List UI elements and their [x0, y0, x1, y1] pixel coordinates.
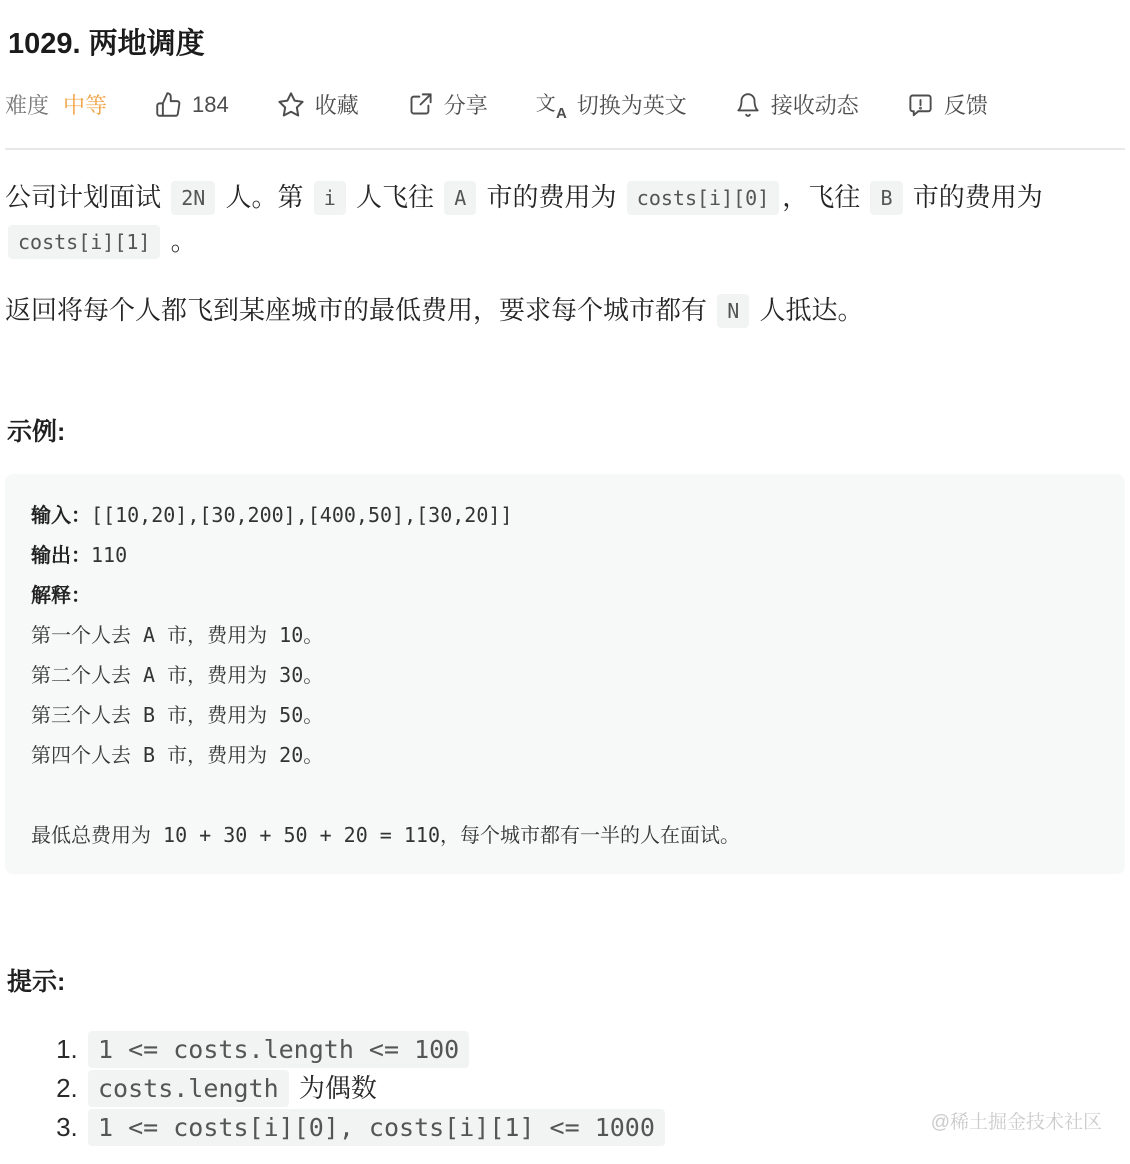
share-button[interactable]: 分享 [407, 89, 488, 120]
thumbs-up-icon [155, 91, 182, 118]
hint-item: costs.length 为偶数 [85, 1069, 1125, 1108]
subscribe-label: 接收动态 [771, 89, 859, 120]
like-button[interactable]: 184 [155, 91, 229, 118]
text-segment: 市的费用为 [906, 182, 1043, 212]
watermark: @稀土掘金技术社区 [931, 1107, 1102, 1134]
switch-language-label: 切换为英文 [577, 89, 687, 120]
code-line: 输入：[[10,20],[30,200],[400,50],[30,20]] [31, 495, 1099, 535]
meta-toolbar: 难度 中等 184 收藏 分享 文A 切换为英文 接收动态 反馈 [5, 89, 1125, 121]
share-icon [407, 91, 434, 118]
hint-item: 1 <= costs.length <= 100 [85, 1030, 1125, 1069]
inline-code: costs[i][1] [8, 225, 160, 259]
description-paragraph-1: 公司计划面试 2N 人。第 i 人飞往 A 市的费用为 costs[i][0]，… [5, 176, 1125, 264]
bell-icon [735, 92, 761, 118]
code-line: 第三个人去 B 市，费用为 50。 [31, 695, 1099, 735]
feedback-bubble-icon [907, 91, 934, 118]
code-line: 第一个人去 A 市，费用为 10。 [31, 615, 1099, 655]
like-count: 184 [192, 92, 229, 118]
code-line: 第二个人去 A 市，费用为 30。 [31, 655, 1099, 695]
star-icon [277, 91, 305, 119]
inline-code: i [314, 181, 346, 215]
text-segment: 人抵达。 [752, 295, 863, 325]
inline-code: costs.length [88, 1070, 289, 1107]
text-segment: 市的费用为 [479, 182, 623, 212]
inline-code: 1 <= costs.length <= 100 [88, 1031, 469, 1068]
example-heading: 示例: [7, 417, 1125, 447]
translate-icon: 文A [536, 90, 567, 120]
text-segment: 返回将每个人都飞到某座城市的最低费用，要求每个城市都有 [5, 295, 714, 325]
feedback-button[interactable]: 反馈 [907, 89, 988, 120]
switch-language-button[interactable]: 文A 切换为英文 [536, 89, 687, 120]
code-line [31, 775, 1099, 815]
difficulty-value: 中等 [63, 89, 107, 120]
page-title: 1029. 两地调度 [8, 27, 1125, 62]
code-line: 输出：110 [31, 535, 1099, 575]
problem-description: 公司计划面试 2N 人。第 i 人飞往 A 市的费用为 costs[i][0]，… [5, 176, 1125, 333]
inline-code: N [717, 294, 749, 328]
inline-code: B [870, 181, 902, 215]
description-paragraph-2: 返回将每个人都飞到某座城市的最低费用，要求每个城市都有 N 人抵达。 [5, 289, 1125, 333]
text-segment: 为偶数 [292, 1073, 377, 1103]
example-code-block: 输入：[[10,20],[30,200],[400,50],[30,20]]输出… [5, 474, 1125, 874]
feedback-label: 反馈 [944, 89, 988, 120]
code-line: 解释： [31, 575, 1099, 615]
inline-code: 2N [171, 181, 215, 215]
problem-page: 1029. 两地调度 难度 中等 184 收藏 分享 文A 切换为英文 接收动态 [0, 27, 1130, 1147]
difficulty: 难度 中等 [5, 89, 107, 120]
text-segment: 。 [163, 226, 196, 256]
text-segment: 人。第 [218, 182, 310, 212]
code-line: 最低总费用为 10 + 30 + 50 + 20 = 110，每个城市都有一半的… [31, 815, 1099, 855]
text-segment: 人飞往 [349, 182, 441, 212]
favorite-label: 收藏 [315, 89, 359, 120]
inline-code: A [444, 181, 476, 215]
inline-code: 1 <= costs[i][0], costs[i][1] <= 1000 [88, 1109, 665, 1146]
inline-code: costs[i][0] [627, 181, 779, 215]
divider [5, 148, 1125, 150]
difficulty-label: 难度 [5, 89, 49, 120]
subscribe-button[interactable]: 接收动态 [735, 89, 859, 120]
hints-heading: 提示: [7, 967, 1125, 997]
share-label: 分享 [444, 89, 488, 120]
code-line: 第四个人去 B 市，费用为 20。 [31, 735, 1099, 775]
text-segment: ，飞往 [782, 182, 867, 212]
favorite-button[interactable]: 收藏 [277, 89, 359, 120]
text-segment: 公司计划面试 [5, 182, 168, 212]
